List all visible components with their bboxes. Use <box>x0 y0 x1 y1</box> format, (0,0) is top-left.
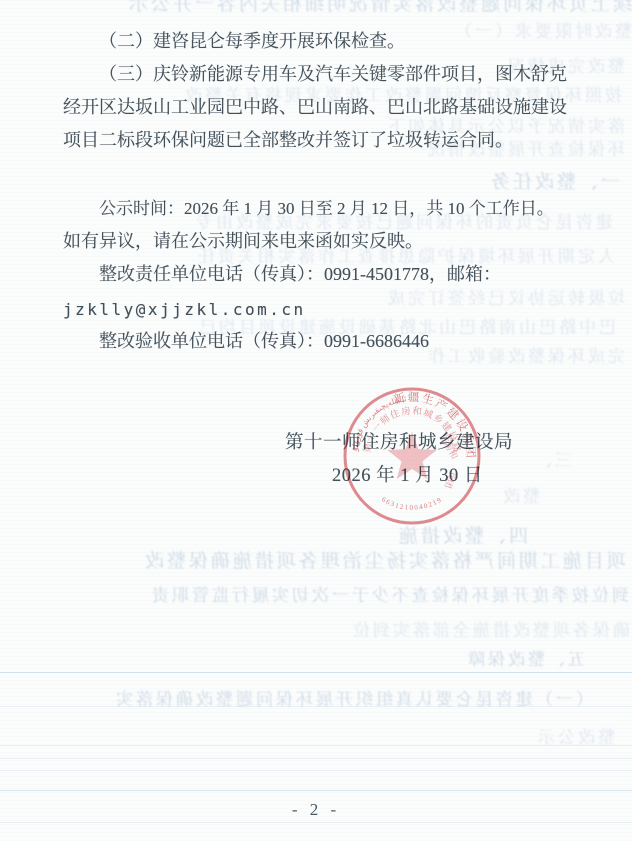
scan-streak <box>0 745 632 746</box>
official-seal-stamp: ئىشلەپچىقىرىش قۇرۇلۇش 新疆生产建设兵团 第十一师住房和城乡… <box>340 384 484 528</box>
bleed-through-line: 整改 <box>488 486 540 508</box>
bleed-through-line: 五、整改保障 <box>420 649 585 671</box>
bleed-through-line: （一）建咨昆仑要认真组织开展环保问题整改确保落实 <box>48 689 593 711</box>
scan-streak <box>0 790 632 791</box>
scan-streak <box>0 822 632 823</box>
paragraph-item-3-line1: （三）庆铃新能源专用车及汽车关键零部件项目，图木舒克 <box>63 58 629 91</box>
scan-streak <box>0 706 632 707</box>
bleed-through-line: 四、整改措施 <box>378 526 528 548</box>
acceptance-unit-phone-line: 整改验收单位电话（传真）：0991-6686446 <box>63 325 629 358</box>
responsible-unit-phone-line: 整改责任单位电话（传真）：0991-4501778，邮箱： <box>63 258 629 291</box>
bleed-through-line: 一、整改任务 <box>420 172 620 194</box>
seal-star-icon <box>387 432 436 479</box>
objection-line: 如有异议，请在公示期间来电来函如实反映。 <box>63 225 593 258</box>
notice-period-line: 公示时间：2026 年 1 月 30 日至 2 月 12 日，共 10 个工作日… <box>63 192 629 225</box>
bleed-through-line: 三、 <box>512 450 572 472</box>
bleed-through-line: 确保各项整改措施全部落实到位 <box>238 620 630 642</box>
scan-streak <box>0 672 632 673</box>
paragraph-item-2: （二）建咨昆仑每季度开展环保检查。 <box>63 25 629 58</box>
seal-serial-number: 6631210040219 <box>380 495 444 511</box>
seal-fragment-left: 兵团 <box>443 469 459 490</box>
bleed-through-line: 续上页环保问题整改落实情况明细相关内容一并公示 <box>108 0 632 16</box>
bleed-through-line: 项目施工期间严格落实扬尘治理各项措施确保整改 <box>48 551 626 573</box>
scanned-document-page: { "document": { "body_lines": [ "（二）建咨昆仑… <box>0 0 632 841</box>
bleed-through-line: 整改公示 <box>480 727 615 749</box>
scan-streak <box>0 770 632 771</box>
scan-streak <box>0 758 632 759</box>
email-address: jzklly@xjjzkl.com.cn <box>63 293 593 326</box>
paragraph-item-3-line2: 经开区达坂山工业园巴中路、巴山南路、巴山北路基础设施建设 <box>63 91 593 124</box>
paragraph-item-3-line3: 项目二标段环保问题已全部整改并签订了垃圾转运合同。 <box>63 124 593 157</box>
bleed-through-line: 到位按季度开展环保检查不少于一次切实履行监管职责 <box>45 585 629 607</box>
page-number: - 2 - <box>0 800 632 820</box>
